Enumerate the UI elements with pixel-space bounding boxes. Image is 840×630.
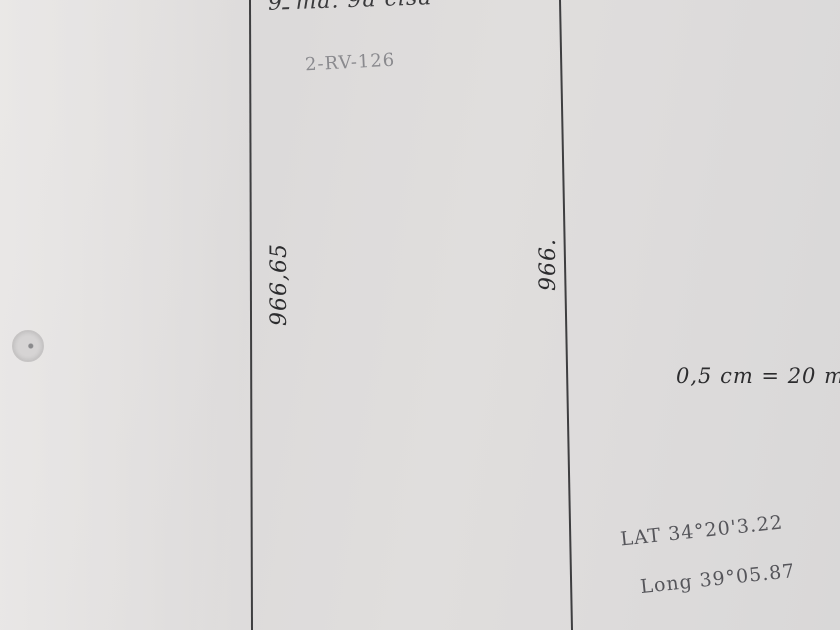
latitude-label: LAT: [619, 524, 662, 550]
right-side-length: 966.: [536, 238, 561, 291]
plot-right-boundary-line: [560, 0, 572, 630]
punch-hole: [12, 330, 44, 362]
scale-note: 0,5 cm = 20 m: [676, 364, 840, 388]
survey-sheet: ـ9 ma. 9a cisa 2-RV-126 966,65 966. 0,5 …: [0, 0, 840, 630]
plot-left-boundary-line: [250, 0, 252, 630]
left-side-length: 966,65: [267, 243, 292, 326]
